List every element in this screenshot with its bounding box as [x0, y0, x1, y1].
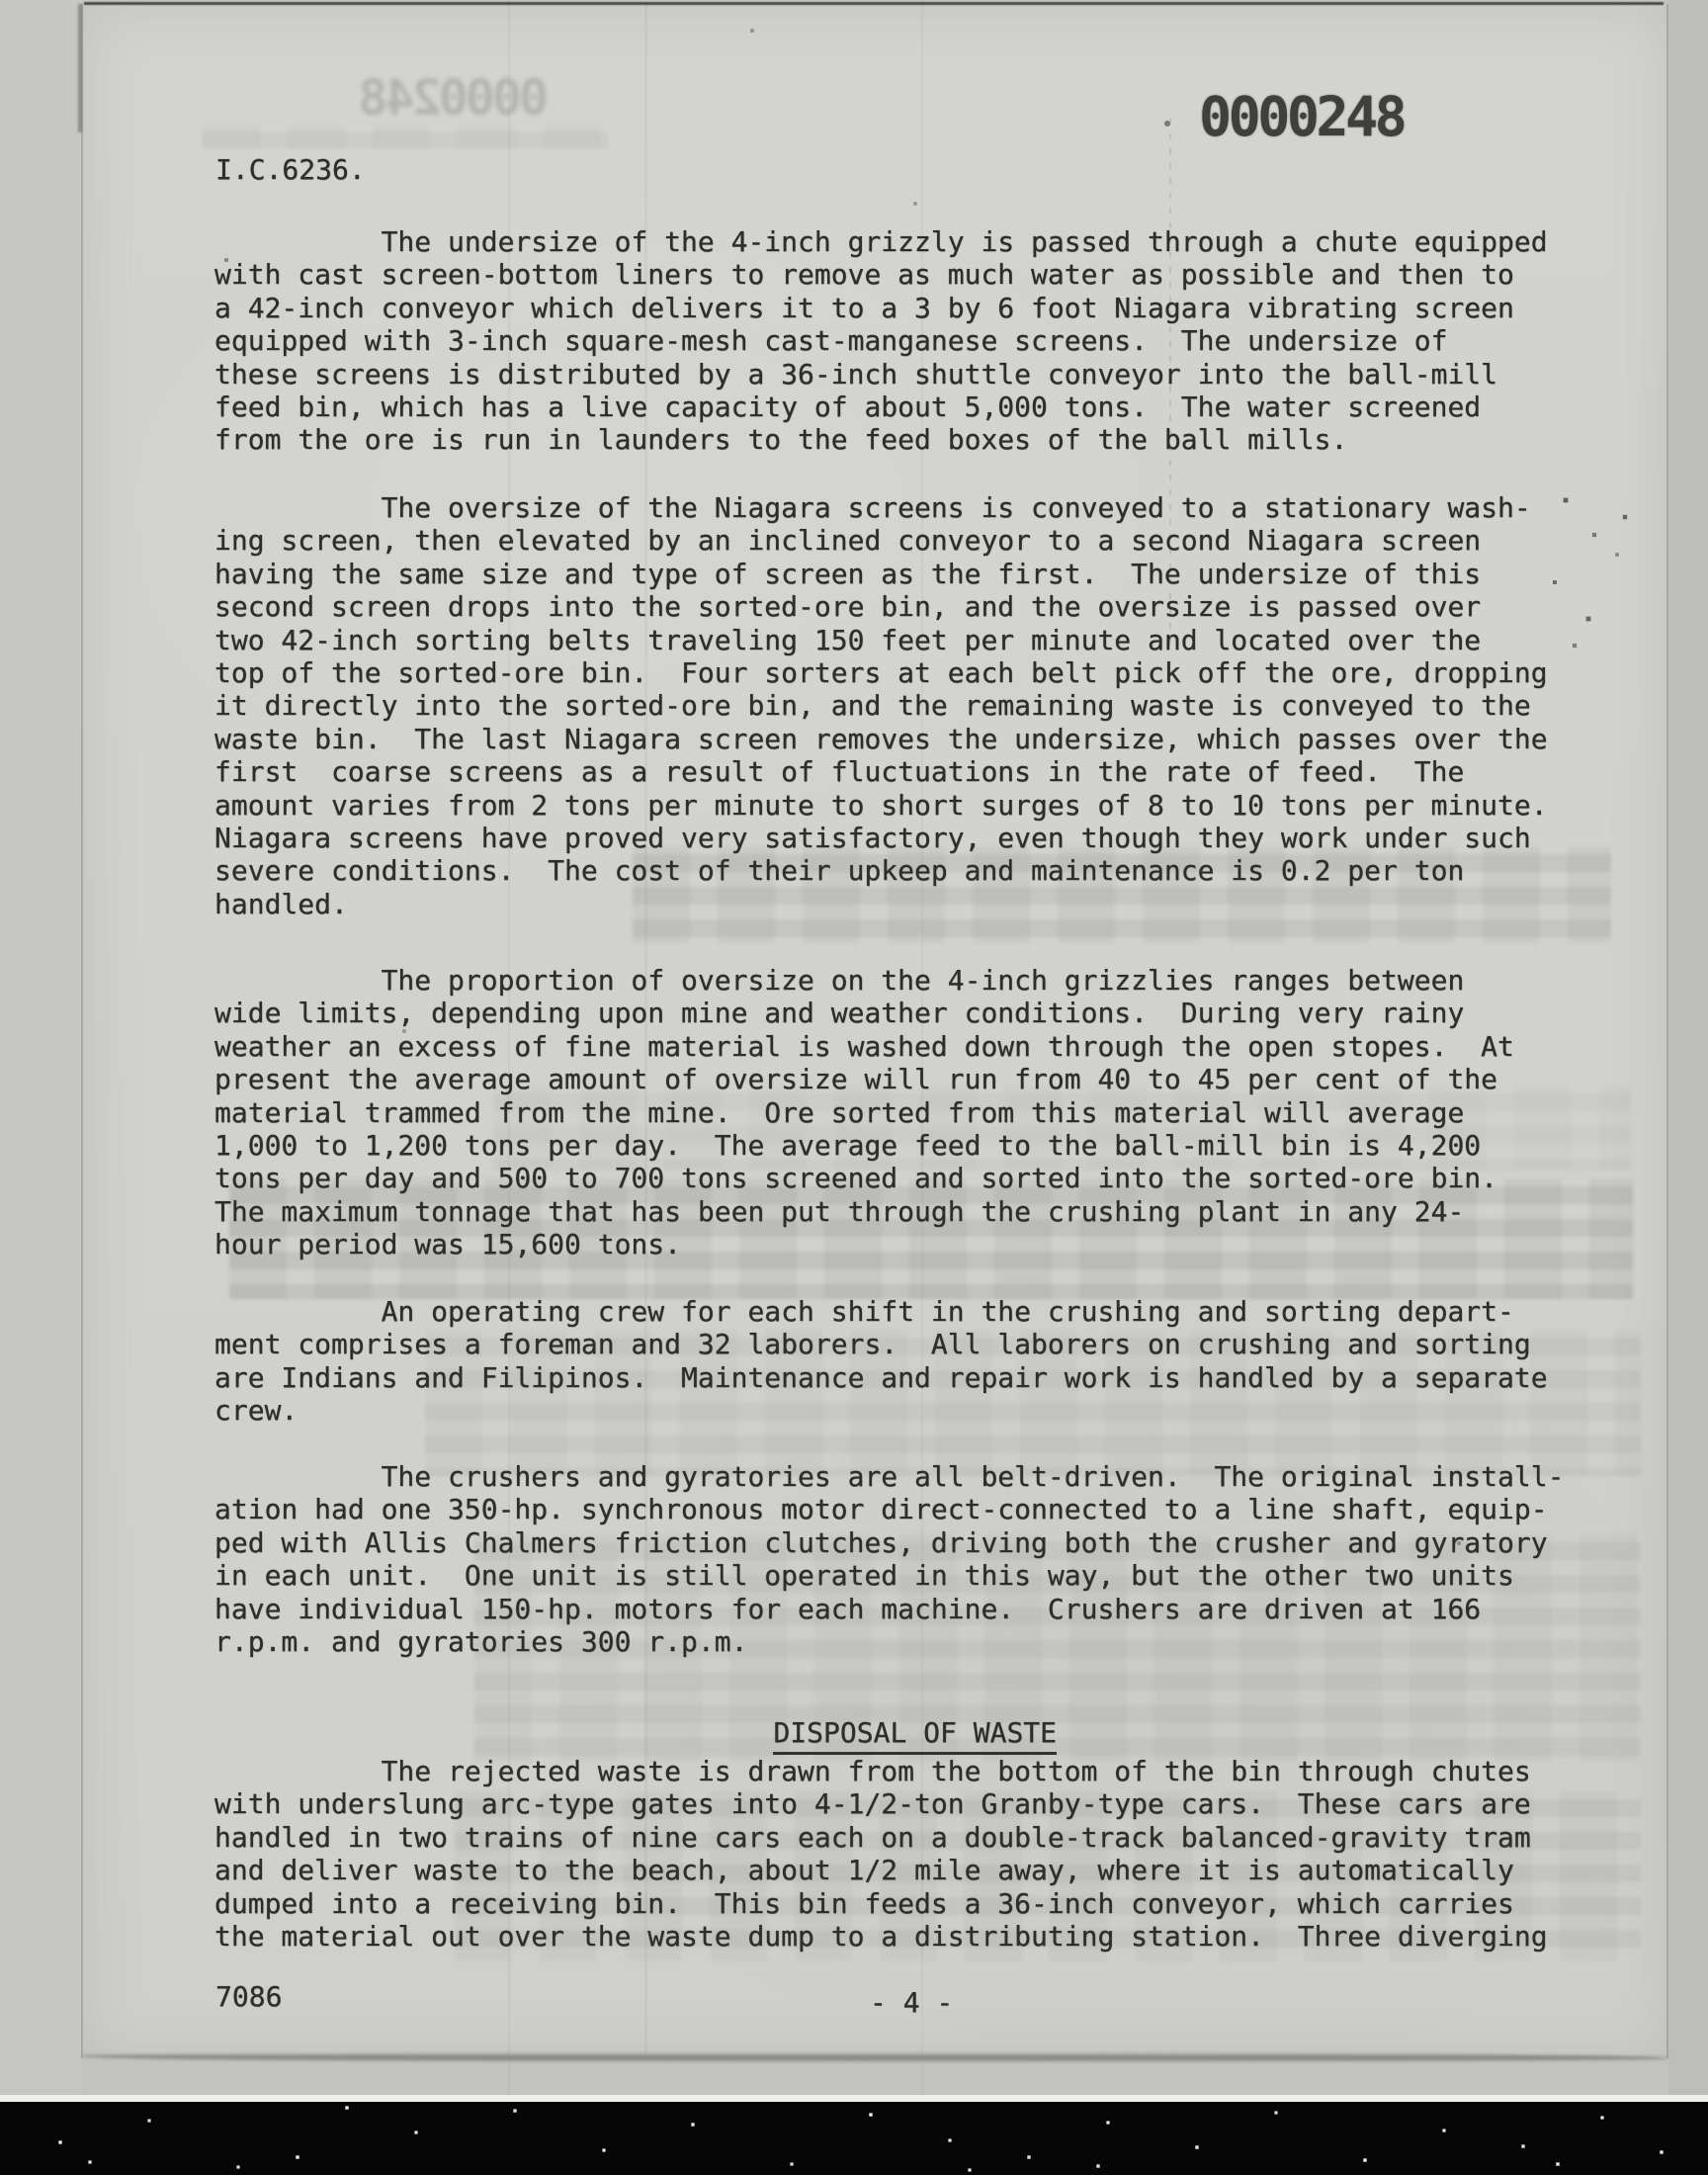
paper-left-edge	[81, 4, 83, 2058]
scan-black-band	[0, 2102, 1708, 2175]
ink-specks	[0, 0, 2, 2]
paper-bottom-edge-shadow	[82, 2052, 1668, 2062]
document-id: I.C.6236.	[215, 153, 1589, 186]
paper-right-edge	[1666, 4, 1668, 2058]
paper-left-corner-shadow	[78, 4, 82, 132]
paragraph-5: The crushers and gyratories are all belt…	[214, 1460, 1588, 1658]
stamp-ink-dot	[1164, 121, 1170, 127]
paragraph-3: The proportion of oversize on the 4-inch…	[214, 964, 1588, 1261]
paragraph-1: The undersize of the 4-inch grizzly is p…	[214, 225, 1588, 457]
scanned-document-page: 0000248 0000248 I.C.6236. The undersize …	[0, 0, 1708, 2175]
scan-white-strip	[0, 2095, 1708, 2102]
paragraph-2: The oversize of the Niagara screens is c…	[214, 491, 1588, 920]
paragraph-6: The rejected waste is drawn from the bot…	[214, 1755, 1588, 1953]
page-number: - 4 -	[870, 1986, 1708, 2019]
paragraph-4: An operating crew for each shift in the …	[214, 1295, 1588, 1428]
ghost-text-smudge	[203, 125, 608, 148]
paper-top-edge	[84, 2, 1664, 5]
stamp-serial-number: 0000248	[1199, 85, 1404, 148]
section-heading-text: DISPOSAL OF WASTE	[773, 1716, 1057, 1755]
scanner-bed-left	[0, 0, 82, 2175]
dust-speckles	[0, 2102, 2, 2104]
ghost-stamp-number: 0000248	[292, 69, 549, 127]
scanner-bed-right	[1668, 0, 1708, 2175]
